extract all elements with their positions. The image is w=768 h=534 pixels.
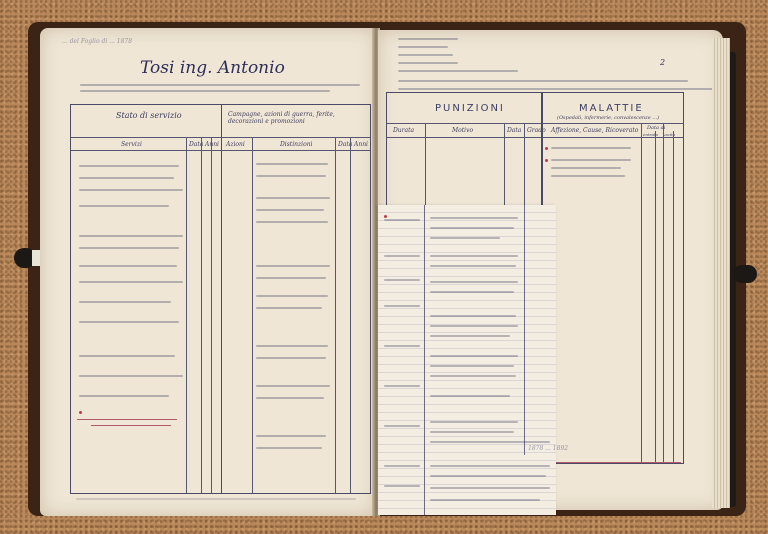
right-clasp-icon (733, 265, 757, 283)
inserted-sheet: 1878 ... 1892 (378, 205, 556, 515)
col-affezione: Affezione, Cause, Ricoverato (551, 127, 638, 134)
col-anni-2: Anni (354, 141, 368, 148)
illnesses-title: MALATTIE (579, 103, 644, 114)
col-servizi: Servizi (121, 141, 142, 148)
illnesses-subtitle: (Ospedali, infermerie, convalescenze ...… (557, 115, 659, 121)
top-annotation: ... del Foglio di ... 1878 (62, 38, 132, 45)
service-table: Stato di servizio Servizi Data Anni (70, 104, 222, 494)
punishments-title: PUNIZIONI (435, 103, 505, 114)
sheet-number: 2 (660, 58, 665, 67)
col-azioni: Azioni (226, 141, 245, 148)
left-page: ... del Foglio di ... 1878 Tosi ing. Ant… (40, 28, 376, 516)
page-edges (712, 38, 730, 508)
col-motivo: Motivo (452, 127, 473, 134)
name-heading: Tosi ing. Antonio (140, 58, 285, 78)
campaigns-table: Campagne, azioni di guerra, ferite, deco… (220, 104, 371, 494)
campaigns-title: Campagne, azioni di guerra, ferite, deco… (228, 111, 368, 125)
col-distinzioni: Distinzioni (280, 141, 312, 148)
service-title: Stato di servizio (116, 111, 182, 120)
col-data-p: Data (507, 127, 521, 134)
left-clasp-icon (14, 248, 36, 268)
col-durata: Durata (393, 127, 414, 134)
insert-date-mark: 1878 ... 1892 (528, 445, 568, 452)
illnesses-table: MALATTIE (Ospedali, infermerie, convales… (541, 92, 684, 464)
